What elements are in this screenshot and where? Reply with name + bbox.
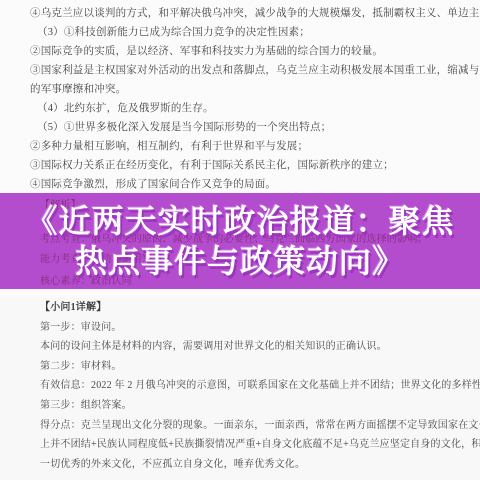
detail-line: 第一步：审设问。 — [40, 318, 460, 338]
answer-line: ④国际竞争激烈，形成了国家间合作又竞争的局面。 — [30, 175, 458, 194]
answer-line: ③国际权力关系正在经历变化，有利于国际关系民主化，国际新秩序的建立； — [30, 156, 458, 175]
answer-line: ④乌克兰应以谈判的方式，和平解决俄乌冲突，减少战争的大规模爆发，抵制霸权主义、单… — [30, 4, 458, 23]
detail-section: 【小问1详解】 第一步：审设问。本问的设问主体是材料的内容，需要调用对世界文化的… — [0, 298, 480, 480]
answer-line: （5）①世界多极化深入发展是当今国际形势的一个突出特点； — [30, 118, 458, 137]
banner-title: 《近两天实时政治报道：聚焦 热点事件与政策动向》 — [0, 201, 480, 281]
answer-line: ②多种力量相互影响，相互制约，有利于世界和平与发展； — [30, 137, 458, 156]
answer-line: （3）①科技创新能力已成为综合国力竞争的决定性因素； — [30, 23, 458, 42]
document-page: ④乌克兰应以谈判的方式，和平解决俄乌冲突，减少战争的大规模爆发，抵制霸权主义、单… — [0, 0, 480, 480]
detail-line: 本问的设问主体是材料的内容，需要调用对世界文化的相关知识的正确认识。 — [40, 337, 460, 357]
detail-line: 上并不团结+民族认同程度低+民族撕裂情况严重+自身文化底蕴不足+乌克兰应坚定自身… — [40, 435, 460, 455]
answer-line: （4）北约东扩，危及俄罗斯的生存。 — [30, 99, 458, 118]
answer-section: ④乌克兰应以谈判的方式，和平解决俄乌冲突，减少战争的大规模爆发，抵制霸权主义、单… — [0, 0, 480, 194]
detail-line: 得分点：克兰呈现出文化分裂的现象。一面亲东，一面亲西，常常在两方面摇摆不定导致国… — [40, 416, 460, 436]
answer-line: ③国家利益是主权国家对外活动的出发点和落脚点，乌克兰应主动积极发展本国重工业，缩… — [30, 61, 458, 80]
detail-line: 第三步：组织答案。 — [40, 396, 460, 416]
banner-title-line1: 《近两天实时政治报道：聚焦 — [0, 201, 480, 241]
answer-line: 的军事摩擦和冲突。 — [30, 80, 458, 99]
detail-heading: 【小问1详解】 — [40, 298, 460, 318]
detail-lines: 第一步：审设问。本问的设问主体是材料的内容，需要调用对世界文化的相关知识的正确认… — [40, 318, 460, 475]
banner-title-line2: 热点事件与政策动向》 — [0, 241, 480, 281]
detail-line: 第二步：审材料。 — [40, 357, 460, 377]
detail-line: 有效信息：2022 年 2 月俄乌冲突的示意图，可联系国家在文化基础上并不团结；… — [40, 376, 460, 396]
answer-line: ②国际竞争的实质，是以经济、军事和科技实力为基础的综合国力的较量。 — [30, 42, 458, 61]
detail-line: 一切优秀的外来文化，不应孤立自身文化，唾弃优秀文化。 — [40, 455, 460, 475]
title-banner-overlay[interactable]: 【解析】考点考查：俄乌冲突的原因、减少战争的必要性、乌克兰面临西方国家的选择的影… — [0, 193, 480, 289]
